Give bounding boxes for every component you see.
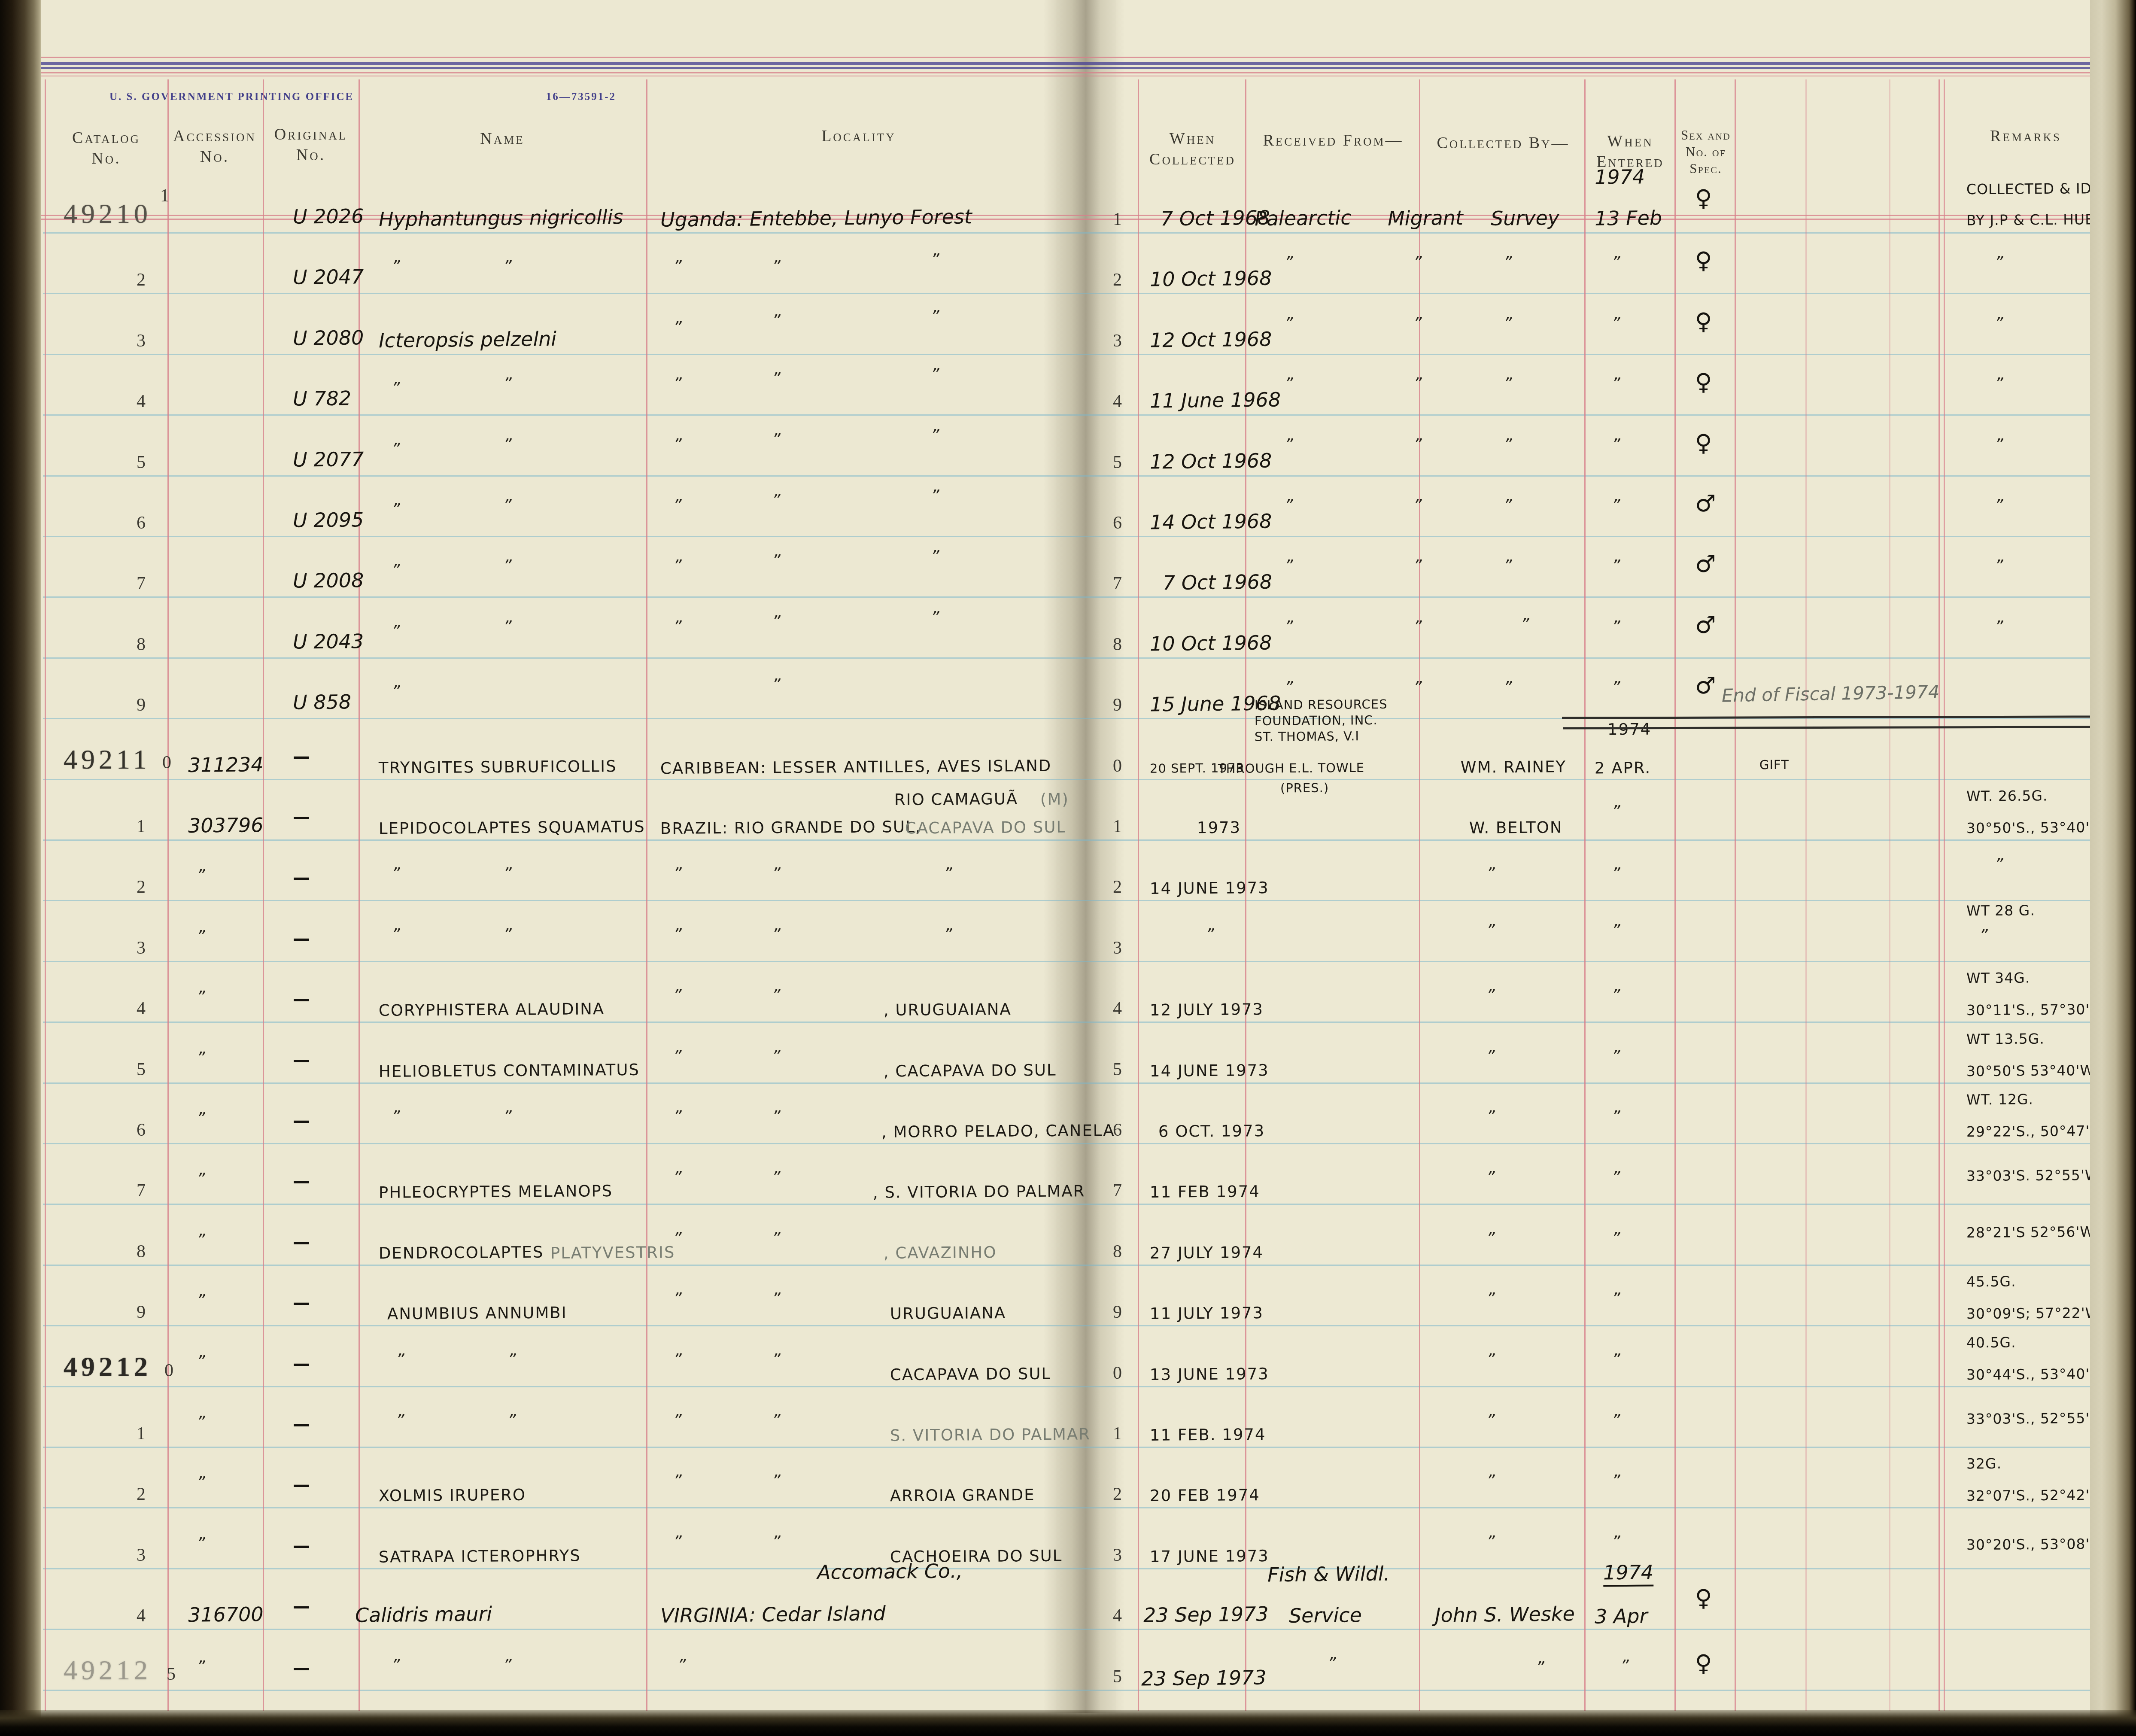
cell-lineL: 3 xyxy=(137,938,146,958)
cell-ent: ” xyxy=(1612,1228,1620,1247)
cell-ent: ” xyxy=(1612,313,1620,332)
cell-when: 10 Oct 1968 xyxy=(1150,631,1272,655)
cell-sex: ♂ xyxy=(1695,550,1716,578)
column-rule xyxy=(1889,79,1890,1711)
cell-lineL: 1 xyxy=(137,1423,146,1444)
imprint-text: U. S. GOVERNMENT PRINTING OFFICE xyxy=(109,91,354,103)
column-rule xyxy=(1939,79,1940,1711)
cell-orig: U 2095 xyxy=(293,508,364,532)
cell-orig: — xyxy=(293,929,310,949)
cell-loc: ” xyxy=(772,1471,781,1490)
cell-lineL: 2 xyxy=(137,270,146,290)
cell-loc: ” xyxy=(772,1167,781,1186)
cell-name: ” xyxy=(503,617,512,636)
cell-loc: ” xyxy=(772,1411,781,1429)
cell-orig: — xyxy=(293,1233,310,1253)
cell-loc: ” xyxy=(772,1228,781,1247)
cell-when: 10 Oct 1968 xyxy=(1150,267,1272,291)
cell-loc: ” xyxy=(673,1289,682,1308)
cell-lineL: 7 xyxy=(137,1180,146,1201)
cell-when: 7 Oct 1968 xyxy=(1161,206,1270,231)
cell-recv: THROUGH E.L. TOWLE xyxy=(1218,760,1364,775)
cell-city: , CAVAZINHO xyxy=(884,1243,997,1262)
column-rule xyxy=(646,79,647,1711)
cell-acc: 303796 xyxy=(188,813,264,837)
cell-name: ” xyxy=(503,1655,512,1674)
cell-recv: Migrant xyxy=(1388,206,1464,230)
cell-coll: ” xyxy=(1504,678,1512,696)
cell-lineR: 1 xyxy=(1113,1423,1122,1444)
cell-lineL: 0 xyxy=(164,1360,173,1381)
cell-rem: 40.5G. xyxy=(1966,1334,2016,1351)
cell-coll: ” xyxy=(1486,1350,1495,1369)
cell-recv: FOUNDATION, INC. xyxy=(1255,713,1378,728)
cell-catalog: 49211 xyxy=(64,744,151,775)
cell-rem: ” xyxy=(1995,313,2003,332)
row-rule xyxy=(43,1265,2090,1266)
cell-city: S. VITORIA DO PALMAR xyxy=(890,1425,1091,1444)
cell-orig: — xyxy=(293,1111,310,1131)
cell-when: 12 Oct 1968 xyxy=(1150,327,1272,352)
cell-acc: ” xyxy=(197,927,205,946)
cell-lineR: 3 xyxy=(1113,1545,1122,1566)
cell-coll: ” xyxy=(1486,1107,1495,1126)
cell-loc: ” xyxy=(673,435,682,454)
cell-sex: ♂ xyxy=(1695,611,1716,638)
cell-lineR: 3 xyxy=(1113,331,1122,351)
col-header-when-collected: When Collected xyxy=(1140,129,1245,170)
row-rule xyxy=(43,536,2090,537)
cell-orig: — xyxy=(293,808,310,827)
cell-when: 23 Sep 1973 xyxy=(1141,1666,1267,1690)
cell-rem: ” xyxy=(1979,926,1988,945)
cell-rem: 33°03'S., 52°55'W xyxy=(1966,1410,2104,1427)
cell-lineR: 8 xyxy=(1113,634,1122,655)
cell-rem: WT 28 G. xyxy=(1966,902,2035,919)
cell-name: ” xyxy=(503,257,512,276)
cell-when: 23 Sep 1973 xyxy=(1143,1602,1269,1627)
cell-acc: ” xyxy=(197,866,205,885)
horizontal-rule xyxy=(41,57,2090,58)
row-rule xyxy=(43,900,2090,901)
row-rule xyxy=(43,1690,2090,1691)
cell-loc: ” xyxy=(772,1046,781,1065)
column-rule xyxy=(1944,79,1945,1711)
cell-loc: ” xyxy=(673,318,682,337)
column-rule xyxy=(263,79,264,1711)
page-stack-edge xyxy=(2090,0,2136,1736)
cell-coll: ” xyxy=(1504,252,1512,271)
cell-rem: WT 13.5G. xyxy=(1966,1030,2045,1047)
cell-recv: (PRES.) xyxy=(1280,780,1329,795)
cell-loc: ” xyxy=(673,496,682,514)
cell-lineR: 4 xyxy=(1113,998,1122,1019)
row-rule xyxy=(43,475,2090,477)
cell-lineR: 5 xyxy=(1113,452,1122,473)
cell-recv: ” xyxy=(1413,313,1422,332)
form-number: 16—73591-2 xyxy=(546,91,616,103)
cell-ent: ” xyxy=(1612,1167,1620,1186)
cell-name: ” xyxy=(392,1107,400,1126)
cell-ent: ” xyxy=(1612,921,1620,939)
cell-when: ” xyxy=(1206,925,1214,944)
cell-acc: ” xyxy=(197,1230,205,1249)
cell-loc: ” xyxy=(673,1350,682,1369)
cell-loc: ” xyxy=(772,1350,781,1369)
cell-ent: ” xyxy=(1612,864,1620,883)
cell-coll: ” xyxy=(1486,985,1495,1004)
cell-coll: ” xyxy=(1536,1658,1544,1677)
cell-lineL: 7 xyxy=(137,573,146,594)
cell-orig: — xyxy=(293,1415,310,1435)
cell-rem: 29°22'S., 50°47'W xyxy=(1966,1122,2104,1140)
cell-lineL: 9 xyxy=(137,695,146,715)
cell-loc: BRAZIL: RIO GRANDE DO SUL, xyxy=(660,818,921,838)
cell-orig: — xyxy=(293,1293,310,1313)
row-rule xyxy=(43,1082,2090,1084)
cell-sex: ♀ xyxy=(1695,368,1712,395)
cell-coll: ” xyxy=(1486,1167,1495,1186)
horizontal-rule xyxy=(41,76,2090,76)
cell-name: Icteropsis pelzelni xyxy=(379,327,557,352)
cell-rem: 45.5G. xyxy=(1966,1273,2016,1290)
row-rule xyxy=(43,839,2090,841)
cell-recv: ” xyxy=(1413,496,1422,514)
cell-recv: ” xyxy=(1328,1654,1336,1672)
cell-loc: ” xyxy=(678,1655,686,1674)
cell-lineL: 6 xyxy=(137,513,146,533)
cell-orig: U 2080 xyxy=(293,326,364,350)
left-page xyxy=(41,0,1056,1713)
cell-when: 11 June 1968 xyxy=(1150,388,1281,413)
cell-coll: ” xyxy=(1486,921,1495,939)
cell-loc: ” xyxy=(772,1532,781,1551)
cell-name: ” xyxy=(392,560,400,579)
cell-recv: ” xyxy=(1413,678,1422,696)
cell-loc: ” xyxy=(673,985,682,1004)
column-rule xyxy=(1805,79,1807,1711)
cell-name: Hyphantungus nigricollis xyxy=(379,205,623,231)
book-binding-edge xyxy=(0,0,41,1736)
cell-name: ” xyxy=(503,496,512,514)
cell-coll: ” xyxy=(1504,556,1512,575)
column-rule xyxy=(1674,79,1676,1711)
row-rule xyxy=(43,1325,2090,1326)
cell-lineL: 8 xyxy=(137,1241,146,1262)
cell-city: , URUGUAIANA xyxy=(884,1000,1012,1019)
cell-rem: ” xyxy=(1995,374,2003,393)
cell-ent: ” xyxy=(1612,252,1620,271)
cell-coll: ” xyxy=(1486,1471,1495,1490)
cell-ent: 1974 xyxy=(1595,165,1645,188)
row-rule xyxy=(43,1386,2090,1387)
cell-name: ” xyxy=(392,500,400,519)
cell-ent: ” xyxy=(1612,985,1620,1004)
cell-when: 13 JUNE 1973 xyxy=(1150,1365,1269,1384)
cell-ent: ” xyxy=(1612,1289,1620,1308)
cell-coll: ” xyxy=(1486,1228,1495,1247)
cell-ent: ” xyxy=(1612,1046,1620,1065)
cell-rem: WT. 12G. xyxy=(1966,1091,2033,1108)
cell-loc: ” xyxy=(673,864,682,883)
cell-name: DENDROCOLAPTES xyxy=(379,1243,544,1262)
col-header-locality: Locality xyxy=(747,126,970,147)
row-rule xyxy=(43,293,2090,294)
cell-lineR: 7 xyxy=(1113,1180,1122,1201)
cell-catalog: 49212 xyxy=(64,1351,152,1383)
cell-ent: 1974 xyxy=(1603,1561,1654,1587)
cell-coll: ” xyxy=(1504,435,1512,454)
cell-ent: ” xyxy=(1612,617,1620,636)
cell-loc: ” xyxy=(673,1167,682,1186)
cell-orig: — xyxy=(293,1172,310,1192)
cell-recv: ” xyxy=(1413,374,1422,393)
cell-coll: ” xyxy=(1486,1289,1495,1308)
row-rule xyxy=(43,961,2090,962)
cell-loc: VIRGINIA: Cedar Island xyxy=(660,1602,886,1627)
cell-rem: 32°07'S., 52°42'W xyxy=(1966,1487,2104,1504)
cell-catalog: 49210 xyxy=(64,198,152,230)
cell-acc: ” xyxy=(197,1352,205,1371)
cell-acc: ” xyxy=(197,1412,205,1431)
cell-recv: Service xyxy=(1289,1603,1362,1627)
cell-name: PHLEOCRYPTES MELANOPS xyxy=(379,1182,613,1202)
cell-rem: ” xyxy=(1995,435,2003,454)
cell-acc: 311234 xyxy=(188,753,264,777)
cell-name: ” xyxy=(392,682,400,701)
cell-lineR: 4 xyxy=(1113,391,1122,412)
cell-acc: ” xyxy=(197,987,205,1006)
cell-name: ” xyxy=(503,864,512,883)
cell-recv: Fish & Wildl. xyxy=(1267,1562,1390,1587)
cell-rem: 30°09'S; 57°22'W xyxy=(1966,1304,2100,1322)
cell-recv: ” xyxy=(1285,252,1293,271)
cell-city: ” xyxy=(944,925,952,944)
cell-rem: ” xyxy=(1995,496,2003,514)
cell-when: 11 FEB 1974 xyxy=(1150,1183,1260,1202)
cell-rem: 28°21'S 52°56'W xyxy=(1966,1223,2094,1241)
cell-loc: ” xyxy=(772,864,781,883)
cell-lineR: 6 xyxy=(1113,1120,1122,1140)
cell-coll: ” xyxy=(1521,614,1529,633)
cell-loc: ” xyxy=(931,365,939,383)
cell-rem: 30°50'S., 53°40'W xyxy=(1966,819,2104,836)
cell-loc: ” xyxy=(772,985,781,1004)
cell-name: ” xyxy=(392,378,400,397)
col-header-received-from: Received From— xyxy=(1247,131,1419,151)
cell-name: HELIOBLETUS CONTAMINATUS xyxy=(379,1060,640,1080)
cell-loc: ” xyxy=(673,1228,682,1247)
cell-orig: — xyxy=(293,1475,310,1495)
cell-when: 14 JUNE 1973 xyxy=(1150,879,1269,898)
cell-name: ” xyxy=(503,556,512,575)
cell-lineL: 5 xyxy=(137,452,146,473)
col-header-catalog-no: Catalog No. xyxy=(47,128,165,169)
col-header-accession-no: Accession No. xyxy=(168,126,261,167)
cell-orig: — xyxy=(293,1659,310,1678)
cell-loc: ” xyxy=(673,1532,682,1551)
cell-lineL: 2 xyxy=(137,1484,146,1505)
row-rule xyxy=(43,414,2090,416)
cell-lineR: 6 xyxy=(1113,513,1122,533)
cell-loc: ” xyxy=(673,617,682,636)
cell-loc: ” xyxy=(673,1107,682,1126)
cell-loc: ” xyxy=(931,608,939,626)
column-rule xyxy=(1138,79,1139,1711)
cell-loc: ” xyxy=(673,257,682,276)
cell-city: CACAPAVA DO SUL xyxy=(890,1364,1051,1384)
cell-when: 14 JUNE 1973 xyxy=(1150,1061,1269,1080)
cell-rem: ” xyxy=(1995,617,2003,636)
cell-ent: ” xyxy=(1612,1532,1620,1551)
cell-sex: ♀ xyxy=(1695,1650,1712,1677)
cell-city: , S. VITORIA DO PALMAR xyxy=(873,1182,1085,1202)
cell-sex: ♀ xyxy=(1695,185,1712,212)
horizontal-rule xyxy=(41,62,2090,65)
row-rule xyxy=(43,596,2090,598)
cell-recv: ” xyxy=(1413,617,1422,636)
cell-ent: ” xyxy=(1612,678,1620,696)
cell-coll: ” xyxy=(1504,496,1512,514)
cell-lineR: 0 xyxy=(1113,1363,1122,1383)
cell-ent: ” xyxy=(1612,1350,1620,1369)
cell-acc: ” xyxy=(197,1657,205,1676)
cell-ent: 3 Apr xyxy=(1595,1605,1648,1628)
cell-orig: — xyxy=(293,747,310,767)
cell-sex: ♀ xyxy=(1695,429,1712,456)
cell-lineR: 3 xyxy=(1113,938,1122,958)
cell-when: 12 JULY 1973 xyxy=(1150,1000,1264,1019)
cell-name: ” xyxy=(392,864,400,883)
cell-sex: ♀ xyxy=(1695,247,1712,274)
cell-loc: ” xyxy=(931,547,939,565)
cell-recv: ” xyxy=(1285,496,1293,514)
cell-rem: ” xyxy=(1995,252,2003,271)
cell-orig: — xyxy=(293,1536,310,1556)
cell-when: 20 FEB 1974 xyxy=(1150,1486,1260,1505)
cell-coll: ” xyxy=(1486,1411,1495,1429)
cell-recv: ” xyxy=(1285,617,1293,636)
cell-loc: CARIBBEAN: LESSER ANTILLES, AVES ISLAND xyxy=(660,756,1052,777)
cell-name: PLATYVESTRIS xyxy=(550,1243,675,1262)
cell-recv: ” xyxy=(1285,374,1293,393)
cell-city: RIO CAMAGUÃ xyxy=(894,790,1018,809)
cell-ent: ” xyxy=(1612,496,1620,514)
cell-name: SATRAPA ICTEROPHRYS xyxy=(379,1546,581,1566)
cell-coll: ” xyxy=(1504,374,1512,393)
cell-city: Accomack Co., xyxy=(817,1559,963,1584)
cell-name: ” xyxy=(392,621,400,640)
cell-recv: ” xyxy=(1285,678,1293,696)
cell-loc: ” xyxy=(673,1411,682,1429)
cell-coll: ” xyxy=(1486,1046,1495,1065)
horizontal-rule xyxy=(41,67,2090,69)
cell-recv: ” xyxy=(1285,313,1293,332)
cell-orig: U 858 xyxy=(293,690,352,714)
cell-ent: ” xyxy=(1620,1656,1629,1675)
cell-recv: ” xyxy=(1413,252,1422,271)
col-header-remarks: Remarks xyxy=(1957,126,2094,147)
cell-name: ” xyxy=(503,1107,512,1126)
cell-lineL: 3 xyxy=(137,331,146,351)
cell-loc: ” xyxy=(772,925,781,944)
cell-rem: WT. 26.5G. xyxy=(1966,787,2048,804)
cell-name: ” xyxy=(392,439,400,458)
cell-sex: ♂ xyxy=(1695,490,1716,517)
cell-coll: ” xyxy=(1486,864,1495,883)
cell-loc: ” xyxy=(931,486,939,505)
cell-coll: John S. Weske xyxy=(1435,1602,1575,1627)
cell-rem: WT 34G. xyxy=(1966,970,2030,987)
cell-city: ” xyxy=(944,864,952,883)
cell-loc: ” xyxy=(772,430,781,449)
cell-ent: ” xyxy=(1612,556,1620,575)
cell-ent: ” xyxy=(1612,802,1620,821)
row-rule xyxy=(43,1447,2090,1448)
cell-lineL: 9 xyxy=(137,1302,146,1323)
cell-sex: ♀ xyxy=(1695,1584,1712,1611)
row-rule xyxy=(43,1629,2090,1630)
cell-loc: ” xyxy=(772,1289,781,1308)
horizontal-rule xyxy=(41,72,2090,73)
cell-loc: ” xyxy=(772,490,781,509)
cell-loc: ” xyxy=(772,1107,781,1126)
cell-when: 12 Oct 1968 xyxy=(1150,449,1272,473)
cell-lineL: 5 xyxy=(137,1059,146,1080)
cell-name: ” xyxy=(392,1655,400,1674)
cell-loc: ” xyxy=(673,925,682,944)
cell-fiscal: End of Fiscal 1973-1974 xyxy=(1722,681,1940,706)
cell-lineR: 9 xyxy=(1113,695,1122,715)
cell-coll: ” xyxy=(1504,313,1512,332)
cell-name: ” xyxy=(396,1411,404,1429)
cell-acc: 316700 xyxy=(188,1602,264,1627)
printing-office-imprint: U. S. GOVERNMENT PRINTING OFFICE 16—7359… xyxy=(109,91,616,103)
cell-recv: ” xyxy=(1413,435,1422,454)
cell-city: ARROIA GRANDE xyxy=(890,1486,1035,1505)
cell-name: ” xyxy=(392,925,400,944)
book-gutter xyxy=(1043,0,1125,1713)
cell-loc: ” xyxy=(772,675,781,694)
cell-lineL: 4 xyxy=(137,998,146,1019)
cell-name: LEPIDOCOLAPTES SQUAMATUS xyxy=(379,818,645,838)
cell-lineL: 5 xyxy=(167,1664,176,1684)
cell-name: Calidris mauri xyxy=(355,1602,492,1627)
cell-lineR: 2 xyxy=(1113,270,1122,290)
cell-coll: ” xyxy=(1486,1532,1495,1551)
cell-ent: ” xyxy=(1612,1471,1620,1490)
row-rule xyxy=(43,1507,2090,1508)
cell-acc: ” xyxy=(197,1048,205,1067)
cell-orig: — xyxy=(293,1354,310,1374)
column-rule xyxy=(167,79,169,1711)
cell-ent: ” xyxy=(1612,1411,1620,1429)
row-rule xyxy=(43,779,2090,780)
cell-recv: ISLAND RESOURCES xyxy=(1255,697,1388,712)
column-rule xyxy=(1735,79,1736,1711)
row-rule xyxy=(43,232,2090,234)
cell-name: ANUMBIUS ANNUMBI xyxy=(387,1304,567,1323)
cell-name: ” xyxy=(507,1411,516,1429)
cell-acc: ” xyxy=(197,1109,205,1128)
cell-loc: ” xyxy=(772,612,781,631)
cell-loc: ” xyxy=(673,1046,682,1065)
cell-when: 1973 xyxy=(1197,818,1241,837)
cell-orig: U 782 xyxy=(293,386,352,410)
cell-orig: — xyxy=(293,868,310,888)
cell-loc: ” xyxy=(673,374,682,393)
cell-name: XOLMIS IRUPERO xyxy=(379,1486,526,1505)
